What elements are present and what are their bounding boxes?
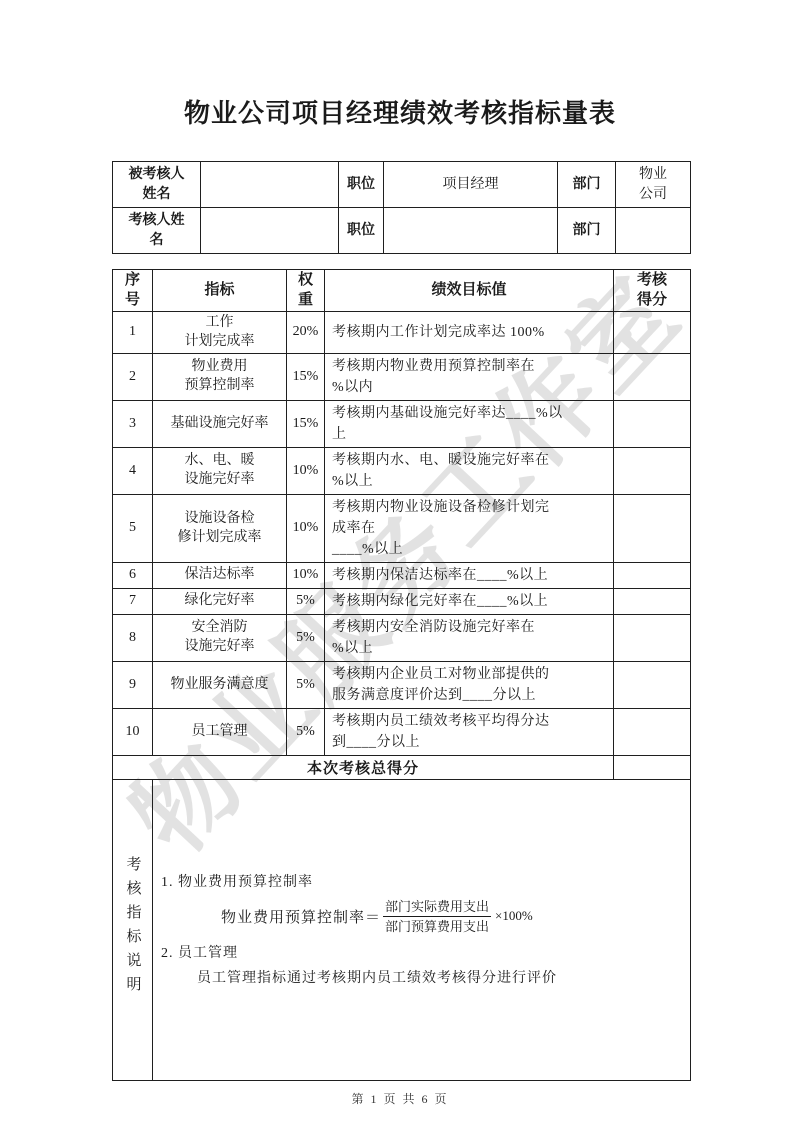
- row-no: 1: [113, 312, 153, 354]
- row-indicator: 物业服务满意度: [153, 662, 287, 709]
- row-weight: 5%: [287, 589, 325, 615]
- assessee-name-value: [201, 162, 339, 208]
- row-score: [614, 709, 691, 756]
- notes-label: 考核指标说明: [124, 856, 142, 1000]
- formula-suffix: ×100%: [495, 908, 533, 924]
- row-indicator: 物业费用 预算控制率: [153, 354, 287, 401]
- total-score-label: 本次考核总得分: [113, 756, 614, 780]
- position-label: 职位: [339, 208, 384, 254]
- row-weight: 10%: [287, 448, 325, 495]
- row-indicator: 绿化完好率: [153, 589, 287, 615]
- department-label: 部门: [558, 208, 616, 254]
- row-score: [614, 662, 691, 709]
- row-target: 考核期内企业员工对物业部提供的 服务满意度评价达到____分以上: [325, 662, 614, 709]
- table-row: 1 工作 计划完成率 20% 考核期内工作计划完成率达 100%: [113, 312, 691, 354]
- row-score: [614, 312, 691, 354]
- row-indicator: 员工管理: [153, 709, 287, 756]
- kpi-header-row: 序 号 指标 权 重 绩效目标值 考核 得分: [113, 270, 691, 312]
- table-row: 4 水、电、暖 设施完好率 10% 考核期内水、电、暖设施完好率在 %以上: [113, 448, 691, 495]
- info-row-assessee: 被考核人 姓名 职位 项目经理 部门 物业 公司: [113, 162, 691, 208]
- row-weight: 5%: [287, 615, 325, 662]
- row-no: 5: [113, 495, 153, 563]
- budget-control-formula: 物业费用预算控制率＝ 部门实际费用支出 部门预算费用支出 ×100%: [221, 898, 682, 935]
- notes-row: 考核指标说明 1. 物业费用预算控制率 物业费用预算控制率＝ 部门实际费用支出 …: [113, 780, 691, 1081]
- row-no: 4: [113, 448, 153, 495]
- row-indicator: 设施设备检 修计划完成率: [153, 495, 287, 563]
- row-indicator: 保洁达标率: [153, 563, 287, 589]
- row-indicator: 基础设施完好率: [153, 401, 287, 448]
- col-header-target: 绩效目标值: [325, 270, 614, 312]
- assessee-name-label: 被考核人 姓名: [113, 162, 201, 208]
- row-score: [614, 448, 691, 495]
- table-row: 7 绿化完好率 5% 考核期内绿化完好率在____%以上: [113, 589, 691, 615]
- department-value: 物业 公司: [616, 162, 691, 208]
- table-row: 3 基础设施完好率 15% 考核期内基础设施完好率达____%以 上: [113, 401, 691, 448]
- row-weight: 5%: [287, 662, 325, 709]
- table-row: 8 安全消防 设施完好率 5% 考核期内安全消防设施完好率在 %以上: [113, 615, 691, 662]
- row-target: 考核期内基础设施完好率达____%以 上: [325, 401, 614, 448]
- table-row: 9 物业服务满意度 5% 考核期内企业员工对物业部提供的 服务满意度评价达到__…: [113, 662, 691, 709]
- kpi-table: 序 号 指标 权 重 绩效目标值 考核 得分 1 工作 计划完成率 20% 考核…: [112, 269, 691, 1081]
- notes-content: 1. 物业费用预算控制率 物业费用预算控制率＝ 部门实际费用支出 部门预算费用支…: [153, 780, 691, 1081]
- note-item2-text: 员工管理指标通过考核期内员工绩效考核得分进行评价: [197, 966, 682, 991]
- row-target: 考核期内绿化完好率在____%以上: [325, 589, 614, 615]
- row-weight: 15%: [287, 354, 325, 401]
- row-weight: 20%: [287, 312, 325, 354]
- formula-fraction: 部门实际费用支出 部门预算费用支出: [383, 898, 491, 935]
- page-title: 物业公司项目经理绩效考核指标量表: [0, 95, 800, 133]
- position-label: 职位: [339, 162, 384, 208]
- page-number: 第 1 页 共 6 页: [0, 1090, 800, 1107]
- row-no: 6: [113, 563, 153, 589]
- row-no: 7: [113, 589, 153, 615]
- table-row: 5 设施设备检 修计划完成率 10% 考核期内物业设施设备检修计划完 成率在 _…: [113, 495, 691, 563]
- row-score: [614, 563, 691, 589]
- position-value: 项目经理: [384, 162, 558, 208]
- formula-numerator: 部门实际费用支出: [383, 898, 491, 917]
- formula-lhs: 物业费用预算控制率＝: [221, 906, 381, 927]
- row-target: 考核期内工作计划完成率达 100%: [325, 312, 614, 354]
- note-item2-title: 2. 员工管理: [161, 941, 682, 966]
- row-weight: 15%: [287, 401, 325, 448]
- row-no: 10: [113, 709, 153, 756]
- notes-label-cell: 考核指标说明: [113, 780, 153, 1081]
- row-score: [614, 401, 691, 448]
- col-header-score: 考核 得分: [614, 270, 691, 312]
- col-header-weight: 权 重: [287, 270, 325, 312]
- table-row: 6 保洁达标率 10% 考核期内保洁达标率在____%以上: [113, 563, 691, 589]
- row-no: 9: [113, 662, 153, 709]
- row-indicator: 工作 计划完成率: [153, 312, 287, 354]
- department-label: 部门: [558, 162, 616, 208]
- row-target: 考核期内物业费用预算控制率在 %以内: [325, 354, 614, 401]
- row-target: 考核期内安全消防设施完好率在 %以上: [325, 615, 614, 662]
- row-target: 考核期内保洁达标率在____%以上: [325, 563, 614, 589]
- formula-denominator: 部门预算费用支出: [383, 917, 491, 935]
- document-page: 物业公司项目经理绩效考核指标量表 被考核人 姓名 职位 项目经理 部门 物业 公…: [0, 95, 800, 1107]
- row-target: 考核期内物业设施设备检修计划完 成率在 ____%以上: [325, 495, 614, 563]
- assessor-name-value: [201, 208, 339, 254]
- row-no: 3: [113, 401, 153, 448]
- row-score: [614, 589, 691, 615]
- note-item1-title: 1. 物业费用预算控制率: [161, 870, 682, 895]
- row-indicator: 安全消防 设施完好率: [153, 615, 287, 662]
- department-value: [616, 208, 691, 254]
- total-score-row: 本次考核总得分: [113, 756, 691, 780]
- position-value: [384, 208, 558, 254]
- row-score: [614, 615, 691, 662]
- row-weight: 10%: [287, 563, 325, 589]
- info-row-assessor: 考核人姓 名 职位 部门: [113, 208, 691, 254]
- table-row: 10 员工管理 5% 考核期内员工绩效考核平均得分达 到____分以上: [113, 709, 691, 756]
- table-row: 2 物业费用 预算控制率 15% 考核期内物业费用预算控制率在 %以内: [113, 354, 691, 401]
- row-score: [614, 495, 691, 563]
- row-no: 8: [113, 615, 153, 662]
- assessor-name-label: 考核人姓 名: [113, 208, 201, 254]
- row-target: 考核期内员工绩效考核平均得分达 到____分以上: [325, 709, 614, 756]
- row-target: 考核期内水、电、暖设施完好率在 %以上: [325, 448, 614, 495]
- row-weight: 5%: [287, 709, 325, 756]
- row-weight: 10%: [287, 495, 325, 563]
- row-score: [614, 354, 691, 401]
- col-header-indicator: 指标: [153, 270, 287, 312]
- col-header-no: 序 号: [113, 270, 153, 312]
- total-score-value: [614, 756, 691, 780]
- row-indicator: 水、电、暖 设施完好率: [153, 448, 287, 495]
- assessee-info-table: 被考核人 姓名 职位 项目经理 部门 物业 公司 考核人姓 名 职位 部门: [112, 161, 691, 254]
- row-no: 2: [113, 354, 153, 401]
